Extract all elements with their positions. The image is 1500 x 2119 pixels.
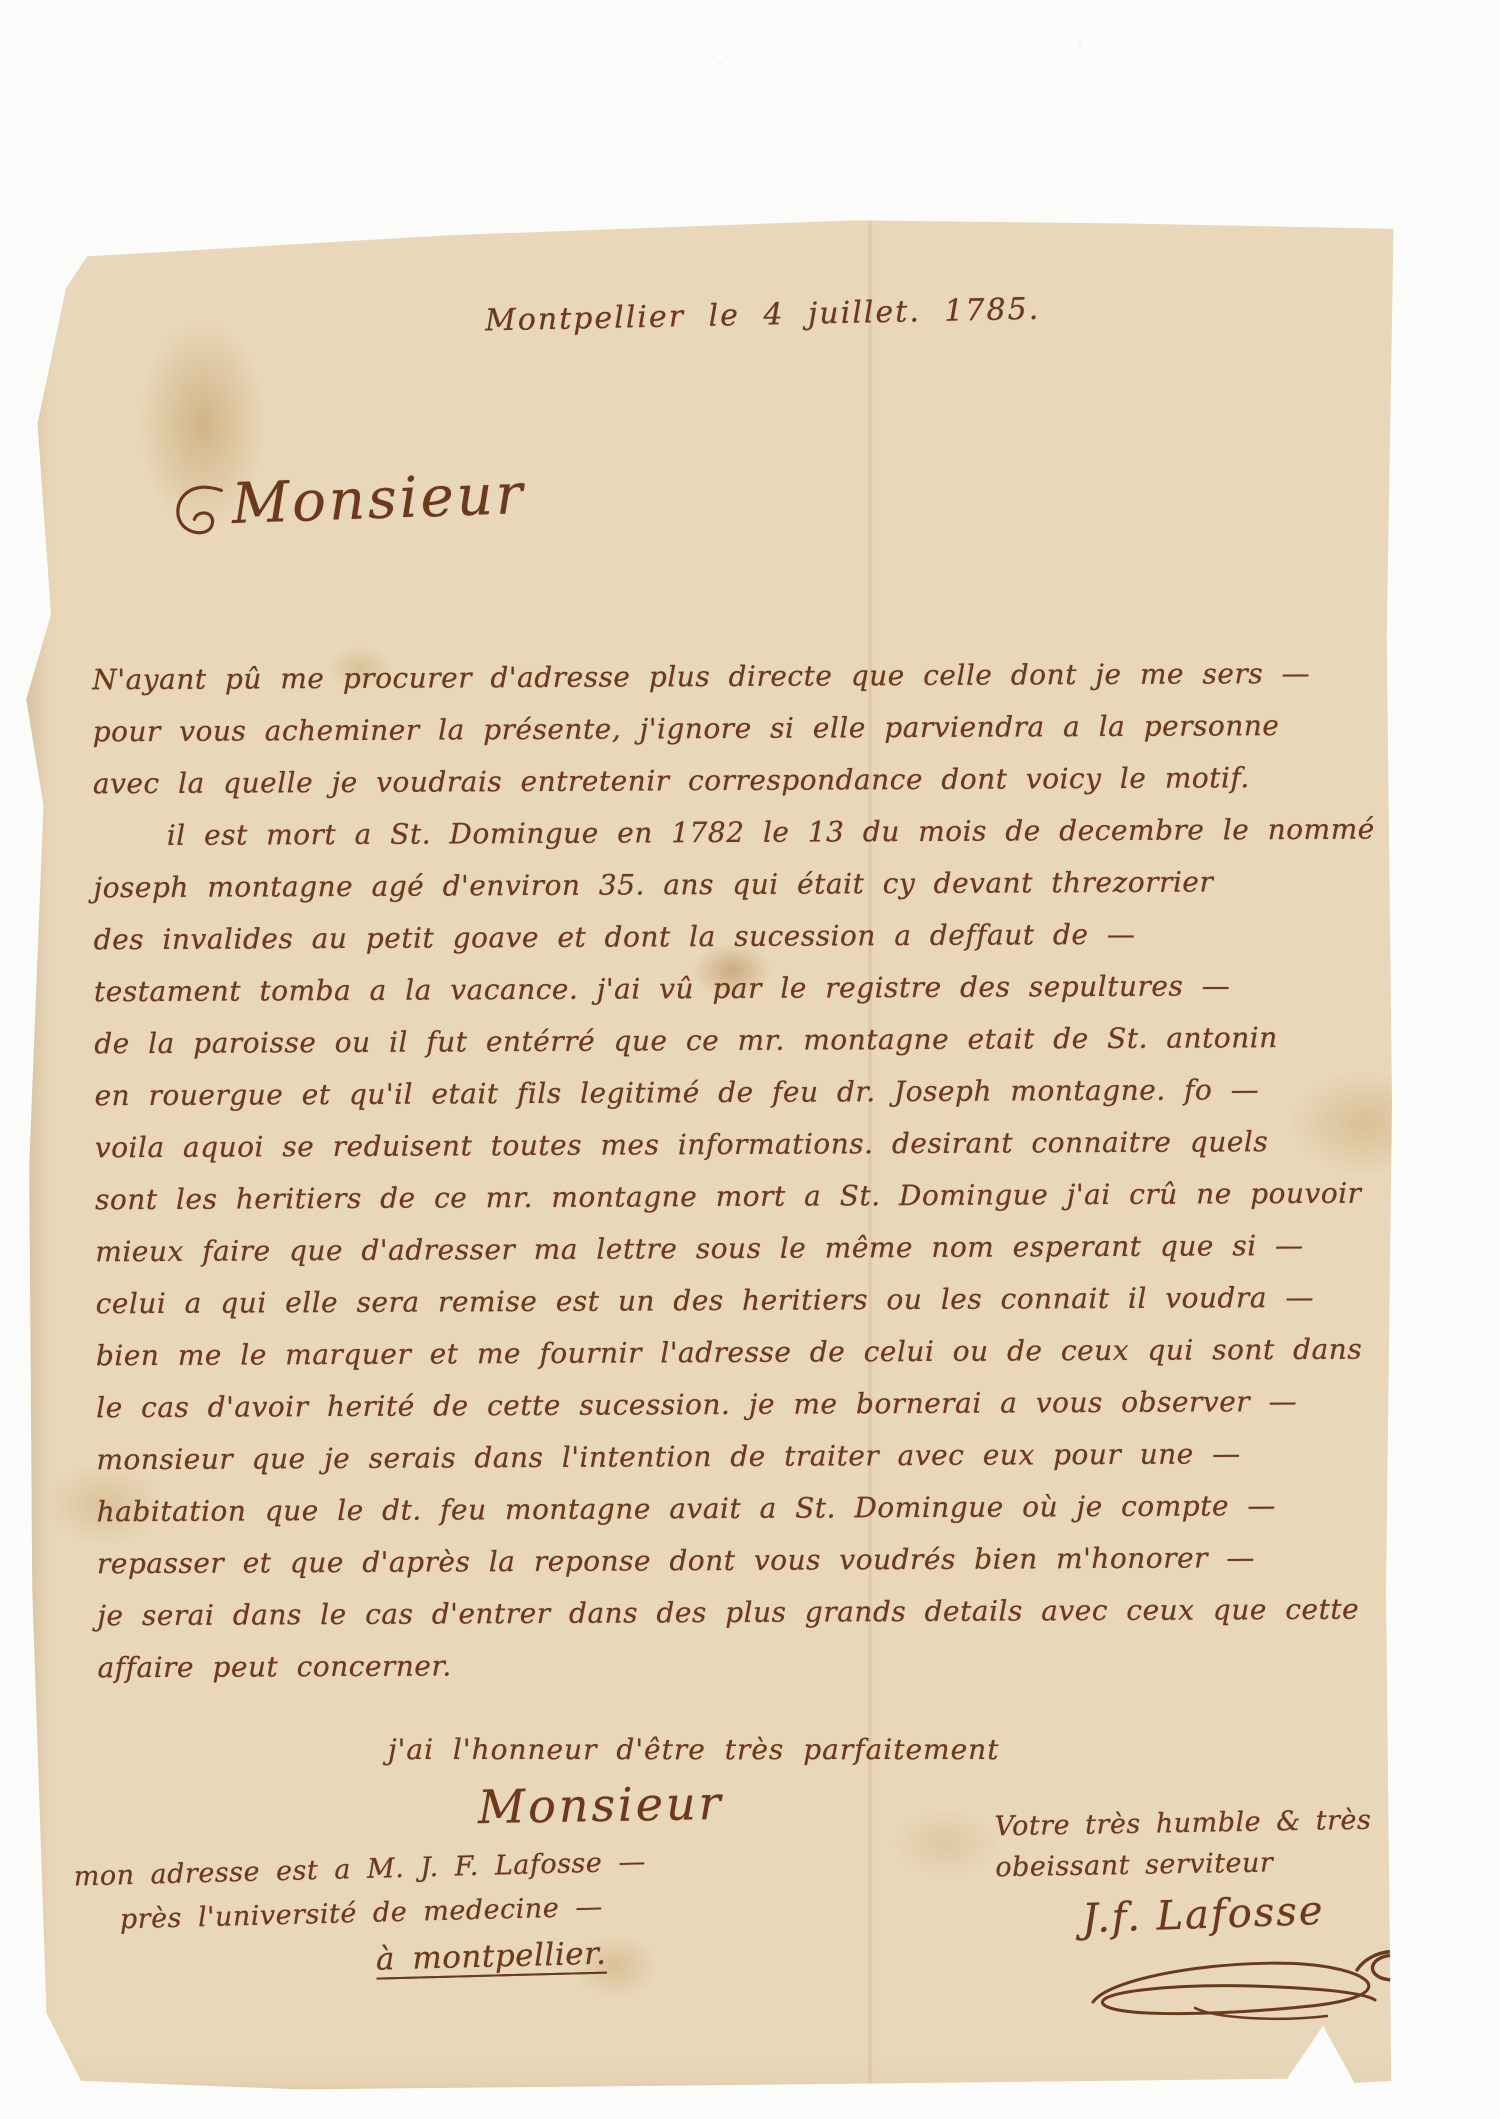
- body-line: celui a qui elle sera remise est un des …: [96, 1281, 1346, 1340]
- closing-line: j'ai l'honneur d'être très parfaitement: [388, 1733, 999, 1766]
- date-line: Montpellier le 4 juillet. 1785.: [485, 287, 1286, 339]
- body-line: mieux faire que d'adresser ma lettre sou…: [95, 1229, 1345, 1288]
- body-line: joseph montagne agé d'environ 35. ans qu…: [93, 865, 1343, 924]
- scanned-letter-page: Montpellier le 4 juillet. 1785. Monsieur…: [0, 0, 1500, 2119]
- closing-salutation: Monsieur: [478, 1776, 724, 1834]
- address-postscript: mon adresse est a M. J. F. Lafosse —près…: [73, 1847, 649, 1994]
- body-line: des invalides au petit goave et dont la …: [94, 917, 1344, 976]
- body-line: bien me le marquer et me fournir l'adres…: [96, 1333, 1346, 1392]
- body-line: repasser et que d'après la reponse dont …: [97, 1541, 1347, 1600]
- body-line: pour vous acheminer la présente, j'ignor…: [93, 709, 1343, 768]
- body-line: en rouergue et qu'il etait fils legitimé…: [94, 1073, 1344, 1132]
- letter-body: N'ayant pû me procurer d'adresse plus di…: [92, 657, 1347, 1704]
- body-line: il est mort a St. Domingue en 1782 le 13…: [93, 813, 1343, 872]
- body-line: affaire peut concerner.: [97, 1645, 1347, 1704]
- body-line: habitation que le dt. feu montagne avait…: [97, 1489, 1347, 1548]
- salutation-text: Monsieur: [231, 462, 527, 537]
- signature-flourish-icon: [1075, 1930, 1435, 2050]
- body-line: de la paroisse ou il fut entérré que ce …: [94, 1021, 1344, 1080]
- valediction-line: obeissant serviteur: [995, 1846, 1373, 1894]
- body-line: testament tomba a la vacance. j'ai vû pa…: [94, 969, 1344, 1028]
- aged-paper-sheet: Montpellier le 4 juillet. 1785. Monsieur…: [0, 0, 1500, 2119]
- valediction: Votre très humble & trèsobeissant servit…: [994, 1805, 1372, 1894]
- salutation-flourish-icon: [169, 478, 230, 554]
- body-line: N'ayant pû me procurer d'adresse plus di…: [92, 657, 1342, 716]
- valediction-line: Votre très humble & très: [994, 1805, 1372, 1853]
- body-line: sont les heritiers de ce mr. montagne mo…: [95, 1177, 1345, 1236]
- body-line: monsieur que je serais dans l'intention …: [96, 1437, 1346, 1496]
- body-line: avec la quelle je voudrais entretenir co…: [93, 761, 1343, 820]
- address-line: à montpellier.: [376, 1935, 649, 1986]
- body-line: le cas d'avoir herité de cette sucession…: [96, 1385, 1346, 1444]
- body-line: je serai dans le cas d'entrer dans des p…: [97, 1593, 1347, 1652]
- body-line: voila aquoi se reduisent toutes mes info…: [95, 1125, 1345, 1184]
- salutation: Monsieur: [169, 462, 527, 554]
